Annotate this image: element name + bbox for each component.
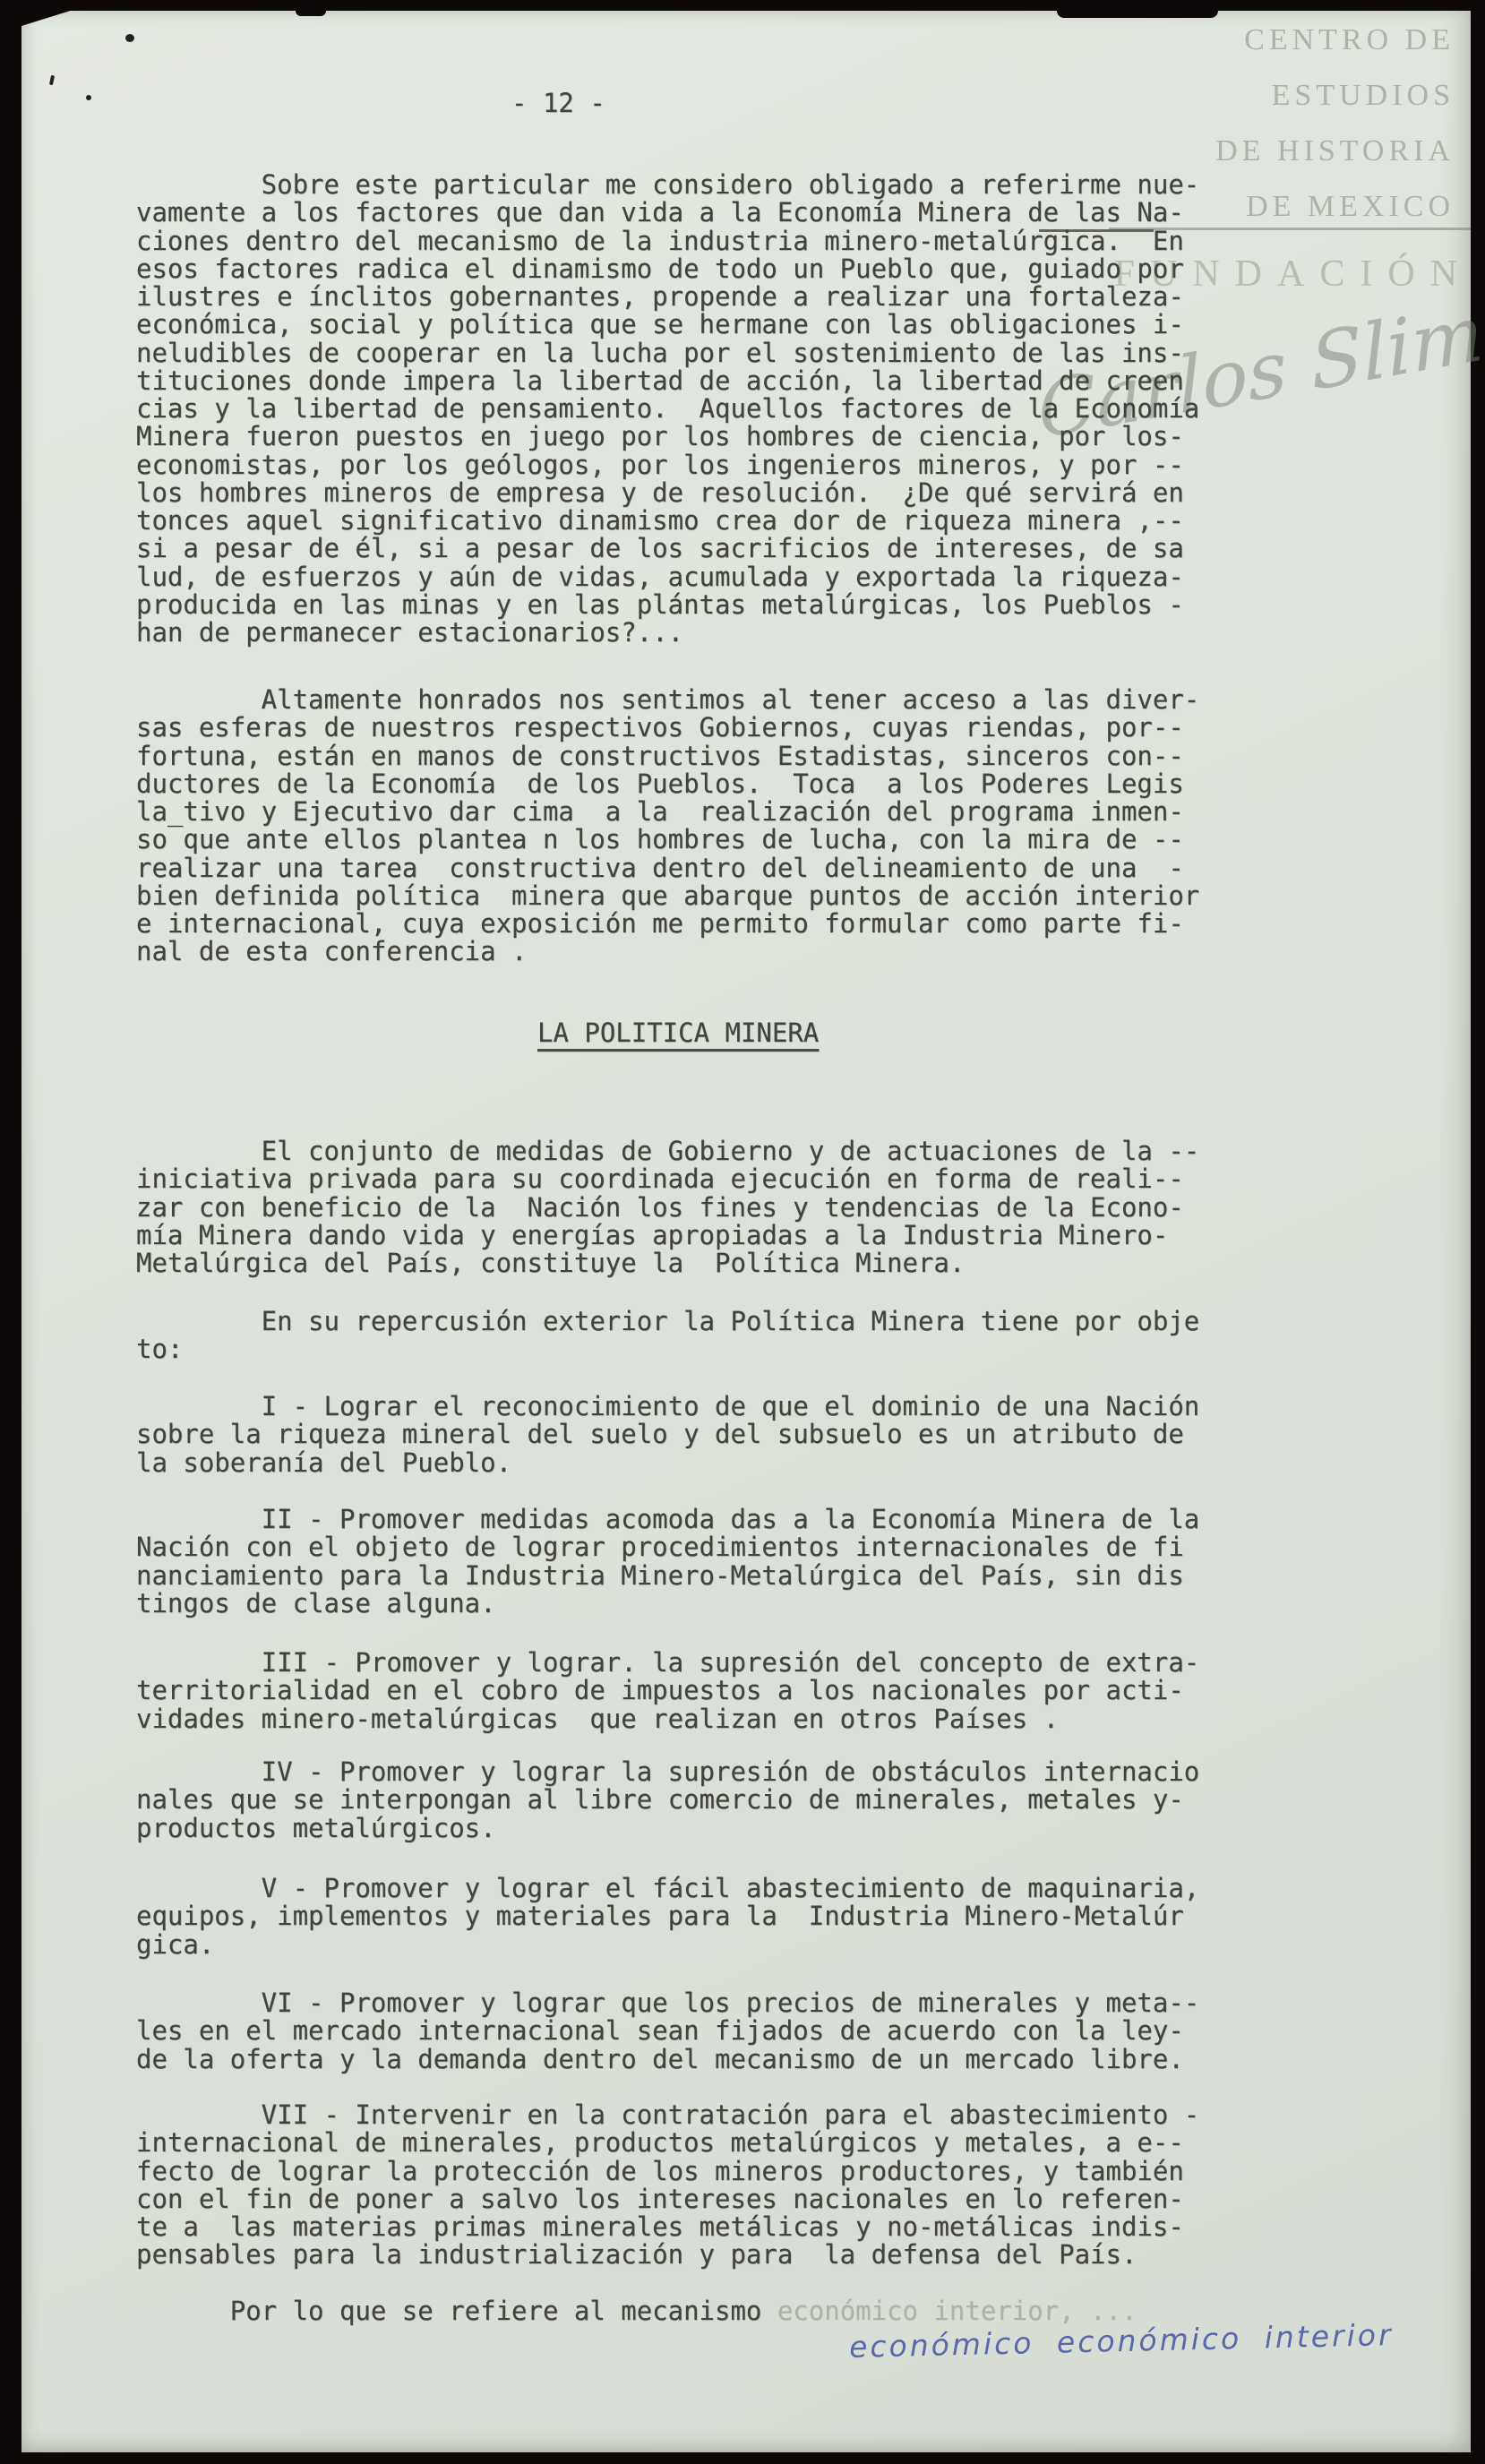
paragraph-pagenum: - 12 - <box>136 90 605 117</box>
paragraph-heading: LA POLITICA MINERA <box>537 1019 819 1047</box>
document-scan: CENTRO DE ESTUDIOS DE HISTORIA DE MEXICO… <box>0 0 1485 2464</box>
typed-line: mía Minera dando vida y energías apropia… <box>136 1222 1199 1249</box>
typed-line: si a pesar de él, si a pesar de los sacr… <box>136 535 1199 562</box>
typed-line: productos metalúrgicos. <box>136 1815 1199 1842</box>
typed-line: tituciones donde impera la libertad de a… <box>136 367 1199 395</box>
typed-line: ciones dentro del mecanismo de la indust… <box>136 228 1199 255</box>
typed-line: Sobre este particular me considero oblig… <box>136 171 1199 199</box>
typed-line: nal de esta conferencia . <box>136 938 1199 966</box>
faded-typed-text: económico interior, ... <box>777 2296 1137 2326</box>
typed-line: nanciamiento para la Industria Minero-Me… <box>136 1562 1199 1590</box>
typed-line: los hombres mineros de empresa y de reso… <box>136 479 1199 507</box>
typed-line: lud, de esfuerzos y aún de vidas, acumul… <box>136 563 1199 591</box>
paragraph-i6: VI - Promover y lograr que los precios d… <box>136 1989 1199 2073</box>
typed-line: esos factores radica el dinamismo de tod… <box>136 255 1199 283</box>
typed-line: vamente a los factores que dan vida a la… <box>136 199 1199 227</box>
typed-text: - 12 - Sobre este particular me consider… <box>0 0 1485 2464</box>
typed-line: Nación con el objeto de lograr procedimi… <box>136 1533 1199 1561</box>
typed-line: iniciativa privada para su coordinada ej… <box>136 1165 1199 1193</box>
paragraph-i1: I - Lograr el reconocimiento de que el d… <box>136 1393 1199 1477</box>
typed-line: Metalúrgica del País, constituye la Polí… <box>136 1249 1199 1277</box>
typed-line: producida en las minas y en las plántas … <box>136 591 1199 619</box>
typed-line: gica. <box>136 1931 1199 1959</box>
typed-line: les en el mercado internacional sean fij… <box>136 2017 1199 2045</box>
typed-line: VII - Intervenir en la contratación para… <box>136 2101 1199 2129</box>
typed-line: fortuna, están en manos de constructivos… <box>136 743 1199 770</box>
typed-line: bien definida política minera que abarqu… <box>136 882 1199 910</box>
typed-line: neludibles de cooperar en la lucha por e… <box>136 339 1199 367</box>
typed-line: to: <box>136 1335 1199 1363</box>
typed-line: IV - Promover y lograr la supresión de o… <box>136 1758 1199 1786</box>
typed-line: - 12 - <box>136 90 605 117</box>
typed-line: tingos de clase alguna. <box>136 1590 1199 1618</box>
paragraph-p1: Sobre este particular me considero oblig… <box>136 171 1199 647</box>
typed-line: LA POLITICA MINERA <box>537 1019 819 1047</box>
typed-line: realizar una tarea constructiva dentro d… <box>136 854 1199 882</box>
typed-line: fecto de lograr la protección de los min… <box>136 2158 1199 2185</box>
typed-line: zar con beneficio de la Nación los fines… <box>136 1194 1199 1222</box>
typed-line: ductores de la Economía de los Pueblos. … <box>136 770 1199 798</box>
typed-line: con el fin de poner a salvo los interese… <box>136 2185 1199 2213</box>
typed-line: vidades minero-metalúrgicas que realizan… <box>136 1705 1199 1733</box>
typed-line: Minera fueron puestos en juego por los h… <box>136 423 1199 451</box>
typed-line: equipos, implementos y materiales para l… <box>136 1902 1199 1930</box>
torn-corner <box>21 11 79 29</box>
typed-line: economistas, por los geólogos, por los i… <box>136 451 1199 479</box>
paragraph-i5: V - Promover y lograr el fácil abastecim… <box>136 1875 1199 1959</box>
typed-line: cias y la libertad de pensamiento. Aquel… <box>136 395 1199 423</box>
typed-line: e internacional, cuya exposición me perm… <box>136 910 1199 938</box>
typed-line: tonces aquel significativo dinamismo cre… <box>136 507 1199 535</box>
paragraph-p4: En su repercusión exterior la Política M… <box>136 1308 1199 1364</box>
ink-speck <box>125 34 134 42</box>
paragraph-i7: VII - Intervenir en la contratación para… <box>136 2101 1199 2270</box>
paragraph-final: Por lo que se refiere al mecanismo econó… <box>136 2297 1137 2325</box>
typed-line: económica, social y política que se herm… <box>136 311 1199 339</box>
paragraph-i3: III - Promover y lograr. la supresión de… <box>136 1649 1199 1733</box>
typed-line: la soberanía del Pueblo. <box>136 1449 1199 1477</box>
typed-line: internacional de minerales, productos me… <box>136 2129 1199 2157</box>
typed-line: Altamente honrados nos sentimos al tener… <box>136 686 1199 714</box>
torn-edge <box>296 11 326 16</box>
typed-line: III - Promover y lograr. la supresión de… <box>136 1649 1199 1677</box>
typed-line: VI - Promover y lograr que los precios d… <box>136 1989 1199 2017</box>
torn-edge <box>1057 11 1218 18</box>
ink-speck <box>86 95 91 100</box>
typed-line: pensables para la industrialización y pa… <box>136 2241 1199 2269</box>
paragraph-p2: Altamente honrados nos sentimos al tener… <box>136 686 1199 966</box>
paragraph-i4: IV - Promover y lograr la supresión de o… <box>136 1758 1199 1842</box>
typed-line: territorialidad en el cobro de impuestos… <box>136 1677 1199 1704</box>
typed-line: so que ante ellos plantea n los hombres … <box>136 826 1199 854</box>
typed-line: Por lo que se refiere al mecanismo econó… <box>136 2297 1137 2325</box>
typed-line: te a las materias primas minerales metál… <box>136 2213 1199 2241</box>
typed-line: nales que se interpongan al libre comerc… <box>136 1786 1199 1814</box>
typed-line: han de permanecer estacionarios?... <box>136 619 1199 647</box>
typed-line: V - Promover y lograr el fácil abastecim… <box>136 1875 1199 1902</box>
typed-line: En su repercusión exterior la Política M… <box>136 1308 1199 1335</box>
typed-line: II - Promover medidas acomoda das a la E… <box>136 1506 1199 1533</box>
typed-line: la_tivo y Ejecutivo dar cima a la realiz… <box>136 798 1199 826</box>
typed-line: ilustres e ínclitos gobernantes, propend… <box>136 283 1199 311</box>
typed-line: El conjunto de medidas de Gobierno y de … <box>136 1138 1199 1165</box>
typed-line: I - Lograr el reconocimiento de que el d… <box>136 1393 1199 1421</box>
typed-line: sobre la riqueza mineral del suelo y del… <box>136 1421 1199 1448</box>
paragraph-p3: El conjunto de medidas de Gobierno y de … <box>136 1138 1199 1277</box>
typed-line: de la oferta y la demanda dentro del mec… <box>136 2046 1199 2073</box>
typed-line: sas esferas de nuestros respectivos Gobi… <box>136 714 1199 742</box>
paragraph-i2: II - Promover medidas acomoda das a la E… <box>136 1506 1199 1618</box>
